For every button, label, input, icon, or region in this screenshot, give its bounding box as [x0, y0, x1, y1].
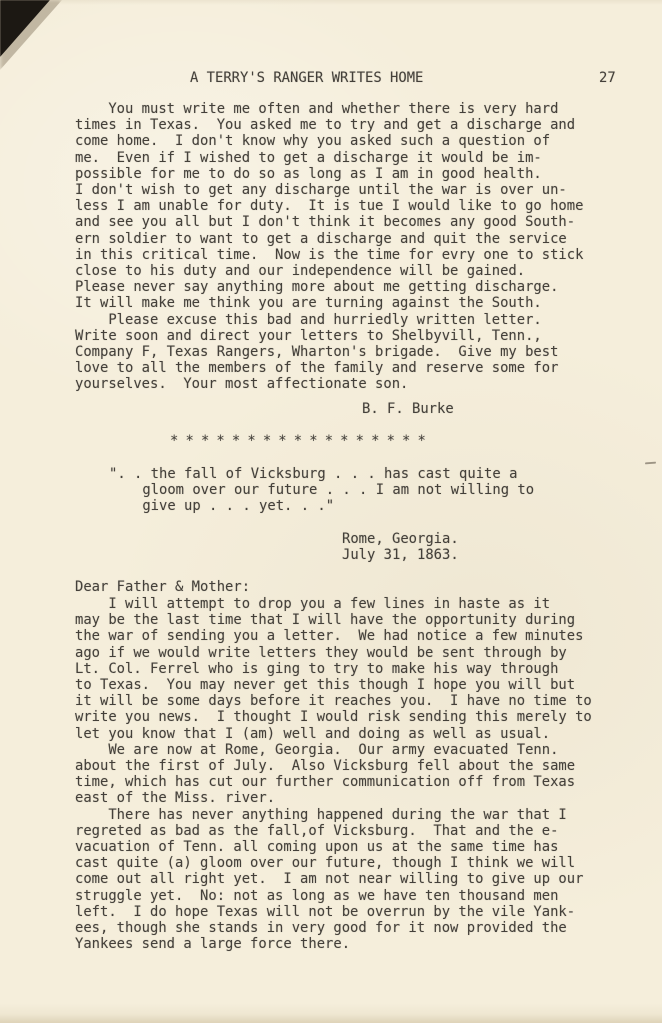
pull-quote: ". . the fall of Vicksburg . . . has cas…	[109, 466, 534, 515]
pencil-mark-artifact	[645, 462, 656, 465]
running-title: A TERRY'S RANGER WRITES HOME	[190, 70, 423, 86]
scan-corner-artifact	[0, 0, 50, 57]
letter1-signature: B. F. Burke	[362, 401, 454, 417]
asterisk-separator: * * * * * * * * * * * * * * * * *	[170, 433, 425, 449]
dateline: Rome, Georgia. July 31, 1863.	[342, 531, 459, 563]
letter2-body: I will attempt to drop you a few lines i…	[75, 596, 592, 952]
salutation: Dear Father & Mother:	[75, 579, 250, 595]
scanned-document-page: A TERRY'S RANGER WRITES HOME 27 You must…	[0, 0, 662, 1023]
letter1-body: You must write me often and whether ther…	[75, 101, 583, 393]
page-number: 27	[599, 70, 616, 86]
